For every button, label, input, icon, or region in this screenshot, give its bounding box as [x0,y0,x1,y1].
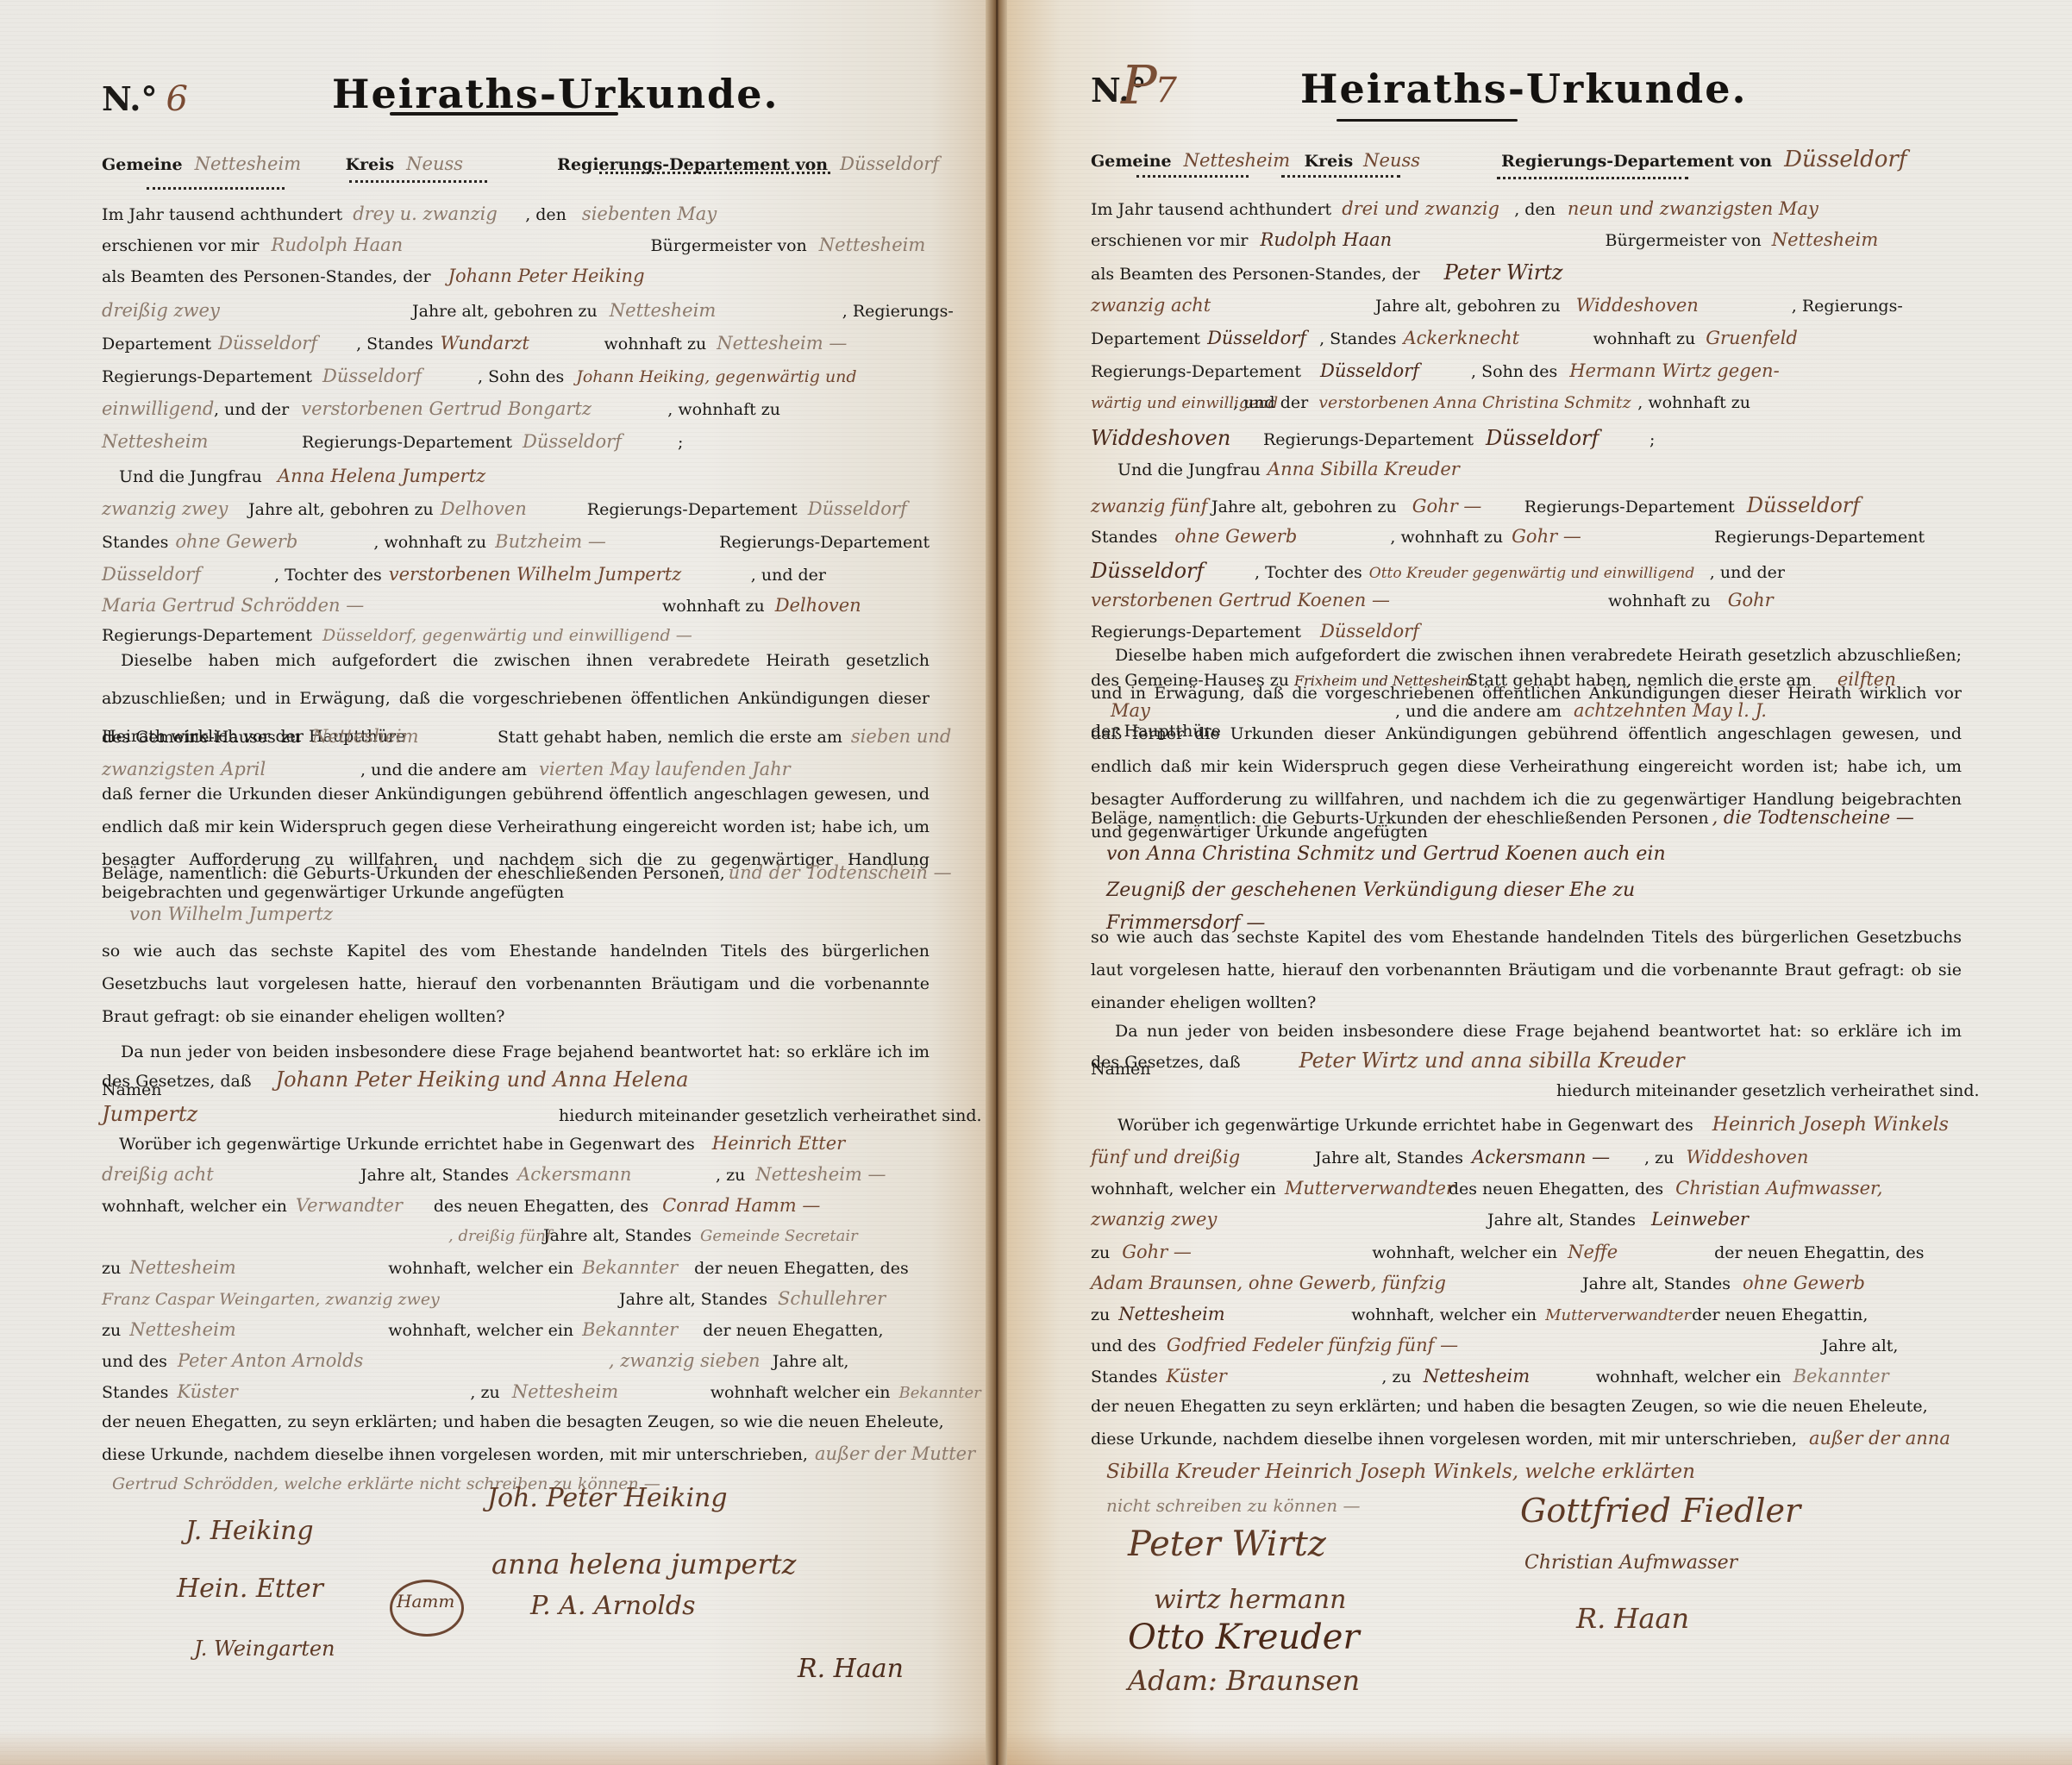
handwritten-entry: und der Todtenschein — [729,862,952,883]
page-title: Heiraths-Urkunde. [1300,66,1747,112]
handwritten-entry: Nettesheim [512,1381,710,1402]
handwritten-entry: Ackersmann — [1472,1147,1644,1167]
kreis-label: Kreis [1305,152,1354,171]
handwritten-entry: wärtig und einwilligend [1091,394,1233,412]
form-line: zwanzig acht Jahre alt, gebohren zu Widd… [1091,295,1903,316]
printed-text: wohnhaft, welcher ein [1351,1305,1537,1324]
handwritten-entry: Bekannter [1793,1366,1889,1386]
handwritten-entry: verstorbenen Gertrud Bongartz [301,398,667,419]
printed-text: zu [102,1321,121,1340]
signature-mayor: R. Haan [1576,1602,1689,1635]
witness-line: zu Nettesheim wohnhaft, welcher ein Beka… [102,1257,909,1278]
printed-text: Departement [102,335,211,354]
form-line: zwanzig zwey Jahre alt, gebohren zu Delh… [102,498,907,519]
handwritten-entry: Verwandter [296,1195,434,1216]
printed-text: und des [102,1352,167,1371]
printed-text: Regierungs-Departement [719,533,930,552]
printed-text: wohnhaft welcher ein [710,1383,891,1402]
printed-text: Regierungs-Departement [302,433,512,452]
printed-text: Jahre alt, gebohren zu [1211,498,1397,516]
handwritten-entry: Mutterverwandter [1545,1306,1692,1324]
printed-text: ; [1649,430,1655,449]
gemeine-value: Nettesheim [195,153,346,174]
handwritten-entry: Otto Kreuder gegenwärtig und einwilligen… [1369,565,1710,582]
signature-witness: wirtz hermann [1154,1585,1346,1615]
printed-text: des Gesetzes, daß [102,1072,252,1091]
printed-text: , Sohn des [1471,362,1557,381]
printed-text: Beläge, namentlich: die Geburts-Urkunden… [1091,809,1709,828]
printed-text: wohnhaft, welcher ein [1372,1243,1557,1262]
printed-text: Regierungs-Departement [1524,498,1735,516]
witness-line: Franz Caspar Weingarten, zwanzig zwey Ja… [102,1288,886,1309]
bride-name: Anna Helena Jumpertz [278,466,485,486]
printed-text: Jahre alt, gebohren zu [1375,297,1561,316]
handwritten-entry: Ackersmann [517,1164,716,1185]
form-line: Standes ohne Gewerb , wohnhaft zu Butzhe… [102,531,930,552]
handwritten-entry: Nettesheim [102,431,302,452]
form-line: verstorbenen Gertrud Koenen — wohnhaft z… [1091,590,1774,610]
handwritten-entry: Widdeshoven [1686,1147,1808,1167]
witness-line: Standes Küster , zu Nettesheim wohnhaft,… [1091,1366,1889,1386]
handwritten-entry: Düsseldorf [808,498,907,519]
signature-mayor: R. Haan [798,1654,904,1684]
signature-bride-father: Otto Kreuder [1128,1618,1360,1657]
handwritten-entry: Bekannter [582,1257,694,1278]
handwritten-entry: Schullehrer [778,1288,886,1309]
printed-text: Und die Jungfrau [119,467,262,486]
handwritten-entry: Gruenfeld [1706,328,1798,348]
handwritten-entry: Nettesheim [819,235,925,255]
handwritten-entry: verstorbenen Gertrud Koenen — [1091,590,1608,610]
printed-text: , zu [1644,1149,1674,1167]
printed-text: Regierungs-Departement [102,367,312,386]
dotted-rule [1281,172,1400,178]
printed-text: , und der [1710,563,1785,582]
handwritten-entry: Nettesheim [1424,1366,1596,1386]
handwritten-entry: fünf und dreißig [1091,1147,1315,1167]
printed-text: , und die andere am [360,760,527,779]
handwritten-entry: sieben und [851,726,951,747]
printed-text: , und der [214,400,289,419]
printed-text: der neuen Ehegatten zu seyn erklärten; u… [1091,1397,1928,1416]
form-line: von Anna Christina Schmitz und Gertrud K… [1106,843,1666,865]
dotted-rule [349,178,487,183]
signature-witness: J. Weingarten [194,1637,335,1661]
printed-text: , und der [751,566,826,585]
handwritten-entry: zwanzig acht [1091,295,1375,316]
paragraph-civil-code: so wie auch das sechste Kapitel des vom … [1091,921,1962,1019]
handwritten-entry: Mutterverwandter [1285,1178,1449,1199]
printed-text: als Beamten des Personen-Standes, der [102,267,431,286]
header-row: Gemeine Nettesheim Kreis Neuss Regierung… [1091,147,1906,172]
form-line: hiedurch miteinander gesetzlich verheira… [1091,1081,1980,1100]
form-line: des Gesetzes, daß Peter Wirtz und anna s… [1091,1048,1685,1073]
printed-text: diese Urkunde, nachdem dieselbe ihnen vo… [1091,1430,1797,1449]
handwritten-entry: zwanzig fünf [1091,496,1211,516]
gemeine-label: Gemeine [1091,152,1172,171]
witness-line: Worüber ich gegenwärtige Urkunde erricht… [119,1133,845,1154]
groom-name: Johann Peter Heiking [448,266,645,286]
dotted-rule [599,169,830,174]
handwritten-entry: Düsseldorf [1207,328,1319,348]
gemeine-label: Gemeine [102,155,183,174]
witness-line: dreißig acht Jahre alt, Standes Ackersma… [102,1164,886,1185]
printed-text: ; [678,433,683,452]
title-rule [390,112,618,116]
couple-names: Peter Wirtz und anna sibilla Kreuder [1299,1048,1685,1073]
printed-text: Standes [1091,1368,1157,1386]
paragraph-no-objection: daß ferner die Urkunden dieser Ankündigu… [1091,717,1962,848]
printed-text: der neuen Ehegatten, zu seyn erklärten; … [102,1412,944,1431]
printed-text: Jahre alt, [773,1352,849,1371]
handwritten-entry: Bekannter [899,1384,981,1402]
form-line: erschienen vor mir Rudolph Haan Bürgerme… [1091,229,1878,250]
signature-bride: anna helena jumpertz [491,1548,796,1580]
witness-line: und des Peter Anton Arnolds , zwanzig si… [102,1350,848,1371]
paper-edge [0,1731,1000,1765]
handwritten-entry: Gohr — [1512,526,1714,547]
handwritten-entry: Bekannter [582,1319,703,1340]
handwritten-entry: von Anna Christina Schmitz und Gertrud K… [1106,843,1666,865]
form-line: Regierungs-Departement Düsseldorf , Sohn… [102,366,857,386]
printed-text: Beläge, namentlich: die Geburts-Urkunden… [102,864,725,883]
witness-line: wohnhaft, welcher ein Mutterverwandter d… [1091,1178,1882,1199]
form-line: Departement Düsseldorf , Standes Wundarz… [102,333,847,354]
regdep-value: Düsseldorf [1784,147,1906,172]
printed-text: Standes [1091,528,1157,547]
handwritten-entry: ohne Gewerb [1174,526,1390,547]
handwritten-entry: Nettesheim [129,1319,388,1340]
handwritten-entry: ohne Gewerb [1743,1273,1865,1293]
printed-text: Jahre alt, Standes [360,1166,509,1185]
witness-line: zu Nettesheim wohnhaft, welcher ein Mutt… [1091,1304,1868,1324]
printed-text: des Gesetzes, daß [1091,1053,1241,1072]
form-line: von Wilhelm Jumpertz [129,904,333,924]
handwritten-entry: neun und zwanzigsten May [1568,198,1818,219]
kreis-value: Neuss [1363,150,1501,171]
handwritten-entry: Düsseldorf [322,366,478,386]
printed-text: der neuen Ehegatten, des [694,1259,909,1278]
printed-text: zu [1091,1243,1110,1262]
handwritten-entry: Hermann Wirtz gegen- [1569,360,1779,381]
printed-text: Jahre alt, Standes [619,1290,767,1309]
handwritten-entry: Zeugniß der geschehenen Verkündigung die… [1106,879,1635,901]
witness-line: der neuen Ehegatten, zu seyn erklärten; … [102,1412,944,1431]
handwritten-entry: zwanzig zwey [102,498,248,519]
printed-text: Regierungs-Departement [1263,430,1474,449]
printed-text: des neuen Ehegatten, des [434,1197,648,1216]
title-rule [1336,119,1518,122]
signature-groom: Peter Wirtz [1128,1524,1326,1564]
right-page-record-7: N.° 7 P Heiraths-Urkunde. Gemeine Nettes… [1007,0,2072,1765]
form-line: Und die Jungfrau Anna Sibilla Kreuder [1117,459,1460,479]
handwritten-entry: außer der Mutter [815,1443,975,1464]
handwritten-entry: , die Todtenscheine — [1712,807,1914,828]
printed-text: erschienen vor mir [102,236,260,255]
witness-line: zu Nettesheim wohnhaft, welcher ein Beka… [102,1319,884,1340]
form-line: des Gemeine-Hauses zu Frixheim und Nette… [1091,669,1896,690]
form-line: Nettesheim Regierungs-Departement Düssel… [102,431,683,452]
printed-text: des Gemeine-Hauses zu [102,728,300,747]
handwritten-entry: Düsseldorf [1486,426,1649,450]
form-line: zwanzigsten April , und die andere am vi… [102,759,791,779]
printed-text: und des [1091,1336,1156,1355]
handwritten-entry: Sibilla Kreuder Heinrich Joseph Winkels,… [1106,1461,1695,1483]
printed-text: Regierungs-Departement [1714,528,1925,547]
witness-name: Heinrich Etter [712,1133,845,1154]
witness-name: Adam Braunsen, ohne Gewerb, fünfzig [1091,1273,1582,1293]
handwritten-entry: verstorbenen Anna Christina Schmitz [1318,393,1637,412]
left-page-record-6: N.° 6 Heiraths-Urkunde. Gemeine Netteshe… [0,0,1000,1765]
form-line: als Beamten des Personen-Standes, der Pe… [1091,260,1563,285]
form-line: Maria Gertrud Schrödden — wohnhaft zu De… [102,595,861,616]
handwritten-entry: Delhoven [775,595,861,616]
dotted-rule [147,185,285,190]
handwritten-entry: dreißig zwey [102,300,412,321]
handwritten-entry: Johann Heiking, gegenwärtig und [576,367,856,386]
form-line: Im Jahr tausend achthundert drei und zwa… [1091,198,1818,219]
form-line: als Beamten des Personen-Standes, der Jo… [102,266,645,286]
printed-text: erschienen vor mir [1091,231,1249,250]
form-line: wärtig und einwilligend , und der versto… [1091,393,1750,412]
printed-text: Worüber ich gegenwärtige Urkunde erricht… [119,1135,695,1154]
handwritten-entry: Gohr [1728,590,1774,610]
form-line: erschienen vor mir Rudolph Haan Bürgerme… [102,235,925,255]
handwritten-entry: drey u. zwanzig [353,203,525,224]
printed-text: wohnhaft zu [662,597,765,616]
printed-text: , zu [470,1383,499,1402]
kreis-value: Neuss [406,153,557,174]
handwritten-entry: Nettesheim — [717,333,847,354]
printed-text: wohnhaft, welcher ein [388,1259,573,1278]
handwritten-entry: Gohr — [1122,1242,1372,1262]
printed-text: , wohnhaft zu [1390,528,1503,547]
handwritten-entry: siebenten May [582,203,717,224]
printed-text: , wohnhaft zu [373,533,486,552]
handwritten-entry: einwilligend [102,398,214,419]
handwritten-entry: eilften [1837,669,1896,690]
form-line: Beläge, namentlich: die Geburts-Urkunden… [1091,807,1914,828]
signature-witness: Gottfried Fiedler [1520,1492,1800,1530]
printed-text: der neuen Ehegatten, [703,1321,883,1340]
handwritten-entry: zwanzig zwey [1091,1209,1487,1230]
printed-text: zu [1091,1305,1110,1324]
witness-name: Peter Anton Arnolds [178,1350,609,1371]
handwritten-entry: Leinweber [1651,1209,1749,1230]
printed-text: des Gemeine-Hauses zu [1091,671,1289,690]
handwritten-entry: Nettesheim — [755,1164,886,1185]
printed-text: , den [1514,200,1556,219]
form-line: Standes ohne Gewerb , wohnhaft zu Gohr —… [1091,526,1925,547]
signature-groom: Joh. Peter Heiking [487,1483,728,1513]
printed-text: , zu [1381,1368,1411,1386]
couple-names: Jumpertz [102,1102,559,1126]
handwritten-entry: nicht schreiben zu können — [1106,1495,1361,1516]
handwritten-entry: Widdeshoven [1576,295,1792,316]
printed-text: als Beamten des Personen-Standes, der [1091,265,1420,284]
groom-name: Peter Wirtz [1444,260,1563,285]
gemeine-value: Nettesheim [1184,150,1305,171]
handwritten-entry: ohne Gewerb [175,531,373,552]
handwritten-entry: Franz Caspar Weingarten, zwanzig zwey [102,1290,619,1309]
printed-text: der neuen Ehegattin, des [1714,1243,1924,1262]
signature-witness: Adam: Braunsen [1128,1664,1360,1697]
bride-name: Anna Sibilla Kreuder [1268,459,1460,479]
handwritten-entry: Gohr — [1412,496,1524,516]
printed-text: Jahre alt, [1822,1336,1899,1355]
printed-text: wohnhaft, welcher ein [102,1197,287,1216]
number-label: N.° [102,79,158,118]
signature-witness: P. A. Arnolds [530,1591,696,1621]
signature-witness: J. Heiking [185,1516,314,1546]
handwritten-entry: Düsseldorf [1091,559,1255,583]
handwritten-entry: Gemeinde Secretair [700,1227,858,1245]
witness-line: fünf und dreißig Jahre alt, Standes Acke… [1091,1147,1808,1167]
witness-line: zwanzig zwey Jahre alt, Standes Leinwebe… [1091,1209,1749,1230]
printed-text: , Sohn des [478,367,564,386]
printed-text: Statt gehabt haben, nemlich die erste am [498,728,842,747]
printed-text: hiedurch miteinander gesetzlich verheira… [1556,1081,1980,1100]
signature-witness: Hamm [397,1591,454,1612]
form-line: des Gesetzes, daß Johann Peter Heiking u… [102,1067,688,1092]
printed-text: wohnhaft, welcher ein [1596,1368,1781,1386]
handwritten-entry: Maria Gertrud Schrödden — [102,595,662,616]
handwritten-entry: Widdeshoven [1091,426,1263,450]
printed-text: , Tochter des [274,566,382,585]
handwritten-entry: Rudolph Haan [1261,229,1606,250]
record-number: N.° 6 [102,79,188,119]
handwritten-entry: Nettesheim [312,726,498,747]
witness-line: und des Godfried Fedeler fünfzig fünf — … [1091,1335,1898,1355]
form-line: Jumpertz hiedurch miteinander gesetzlich… [102,1102,982,1126]
form-line: Zeugniß der geschehenen Verkündigung die… [1106,879,1635,901]
witness-line: , dreißig fünf Jahre alt, Standes Gemein… [448,1226,858,1245]
regdep-label: Regierungs-Departement von [1501,152,1772,171]
printed-text: wohnhaft, welcher ein [1091,1180,1276,1199]
printed-text: Bürgermeister von [1606,231,1762,250]
printed-text: Regierungs-Departement [1091,362,1301,381]
handwritten-entry: vierten May laufenden Jahr [539,759,791,779]
handwritten-entry: verstorbenen Wilhelm Jumpertz [389,564,751,585]
form-line: Düsseldorf , Tochter des verstorbenen Wi… [102,564,826,585]
printed-text: Statt gehabt haben, nemlich die erste am [1467,671,1812,690]
form-line: Beläge, namentlich: die Geburts-Urkunden… [102,862,952,883]
printed-text: wohnhaft zu [604,335,707,354]
form-line: Düsseldorf , Tochter des Otto Kreuder ge… [1091,559,1785,583]
handwritten-entry: Düsseldorf [1320,360,1471,381]
handwritten-entry: dreißig acht [102,1164,360,1185]
handwritten-entry: Ackerknecht [1404,328,1593,348]
form-line: des Gemeine-Hauses zu Nettesheim Statt g… [102,726,951,747]
printed-text: des neuen Ehegatten, des [1449,1180,1663,1199]
handwritten-entry: Butzheim — [495,531,719,552]
printed-text: diese Urkunde, nachdem dieselbe ihnen vo… [102,1445,808,1464]
book-spine [986,0,1008,1765]
form-line: Departement Düsseldorf , Standes Ackerkn… [1091,328,1798,348]
witness-name: Conrad Hamm — [662,1195,820,1216]
printed-text: , Standes [1319,329,1396,348]
form-line: Und die Jungfrau Anna Helena Jumpertz [119,466,485,486]
printed-text: , wohnhaft zu [667,400,780,419]
printed-text: Jahre alt, Standes [543,1226,692,1245]
handwritten-entry: Düsseldorf [1747,493,1860,517]
form-line: Im Jahr tausend achthundert drey u. zwan… [102,203,717,224]
printed-text: , den [525,205,567,224]
witness-line: Adam Braunsen, ohne Gewerb, fünfzig Jahr… [1091,1273,1865,1293]
printed-text: Und die Jungfrau [1117,460,1261,479]
printed-text: wohnhaft, welcher ein [388,1321,573,1340]
witness-line: diese Urkunde, nachdem dieselbe ihnen vo… [1091,1428,1950,1449]
printed-text: Im Jahr tausend achthundert [1091,200,1331,219]
handwritten-entry: Düsseldorf [102,564,274,585]
printed-text: wohnhaft zu [1608,591,1711,610]
open-register-book: N.° 6 Heiraths-Urkunde. Gemeine Netteshe… [0,0,2072,1765]
witness-line: nicht schreiben zu können — [1106,1495,1361,1516]
printed-text: Bürgermeister von [651,236,807,255]
witness-name: Heinrich Joseph Winkels [1712,1114,1949,1136]
printed-text: Jahre alt, Standes [1315,1149,1463,1167]
form-line: einwilligend , und der verstorbenen Gert… [102,398,780,419]
signature-witness: Christian Aufmwasser [1524,1552,1737,1574]
page-title: Heiraths-Urkunde. [332,71,779,117]
number-value: 7 [1155,71,1177,110]
handwritten-entry: Küster [1166,1366,1381,1386]
number-value: 6 [166,79,188,119]
handwritten-entry: außer der anna [1809,1428,1950,1449]
printed-text: , Tochter des [1255,563,1362,582]
witness-line: Worüber ich gegenwärtige Urkunde erricht… [1117,1114,1949,1136]
printed-text: , und der [1233,393,1308,412]
printed-text: Jahre alt, gebohren zu [412,302,598,321]
witness-line: zu Gohr — wohnhaft, welcher ein Neffe de… [1091,1242,1925,1262]
printed-text: der neuen Ehegattin, [1692,1305,1868,1324]
handwritten-entry: Rudolph Haan [272,235,651,255]
printed-text: , Regierungs- [1792,297,1903,316]
dotted-rule [1136,172,1249,178]
witness-line: der neuen Ehegatten zu seyn erklärten; u… [1091,1397,1928,1416]
handwritten-entry: von Wilhelm Jumpertz [129,904,333,924]
printed-text: , zu [716,1166,745,1185]
printed-text: Standes [102,533,168,552]
signature-witness: Hein. Etter [177,1574,323,1604]
printed-text: zu [102,1259,121,1278]
printed-text: Regierungs-Departement [587,500,798,519]
paragraph-no-objection: daß ferner die Urkunden dieser Ankündigu… [102,778,930,909]
printed-text: Standes [102,1383,168,1402]
witness-line: Standes Küster , zu Nettesheim wohnhaft … [102,1381,981,1402]
printed-text: Jahre alt, Standes [1487,1211,1636,1230]
printed-text: Worüber ich gegenwärtige Urkunde erricht… [1117,1116,1693,1135]
witness-line: wohnhaft, welcher ein Verwandter des neu… [102,1195,820,1216]
witness-name: Christian Aufmwasser, [1675,1178,1882,1199]
handwritten-entry: Neffe [1568,1242,1714,1262]
handwritten-entry: drei und zwanzig [1342,198,1514,219]
printed-text: Im Jahr tausend achthundert [102,205,342,224]
paper-edge [1007,1731,2072,1765]
handwritten-entry: Nettesheim [129,1257,388,1278]
printed-text: Jahre alt, gebohren zu [248,500,434,519]
couple-names: Johann Peter Heiking und Anna Helena [276,1067,689,1092]
printed-text: Jahre alt, Standes [1582,1274,1731,1293]
handwritten-entry: , dreißig fünf [448,1227,543,1245]
form-line: zwanzig fünf Jahre alt, gebohren zu Gohr… [1091,493,1860,517]
kreis-label: Kreis [346,155,395,174]
margin-mark-p: P [1121,53,1157,116]
witness-line: diese Urkunde, nachdem dieselbe ihnen vo… [102,1443,975,1464]
handwritten-entry: Nettesheim [1772,229,1878,250]
handwritten-entry: Küster [177,1381,470,1402]
handwritten-entry: Nettesheim [610,300,842,321]
